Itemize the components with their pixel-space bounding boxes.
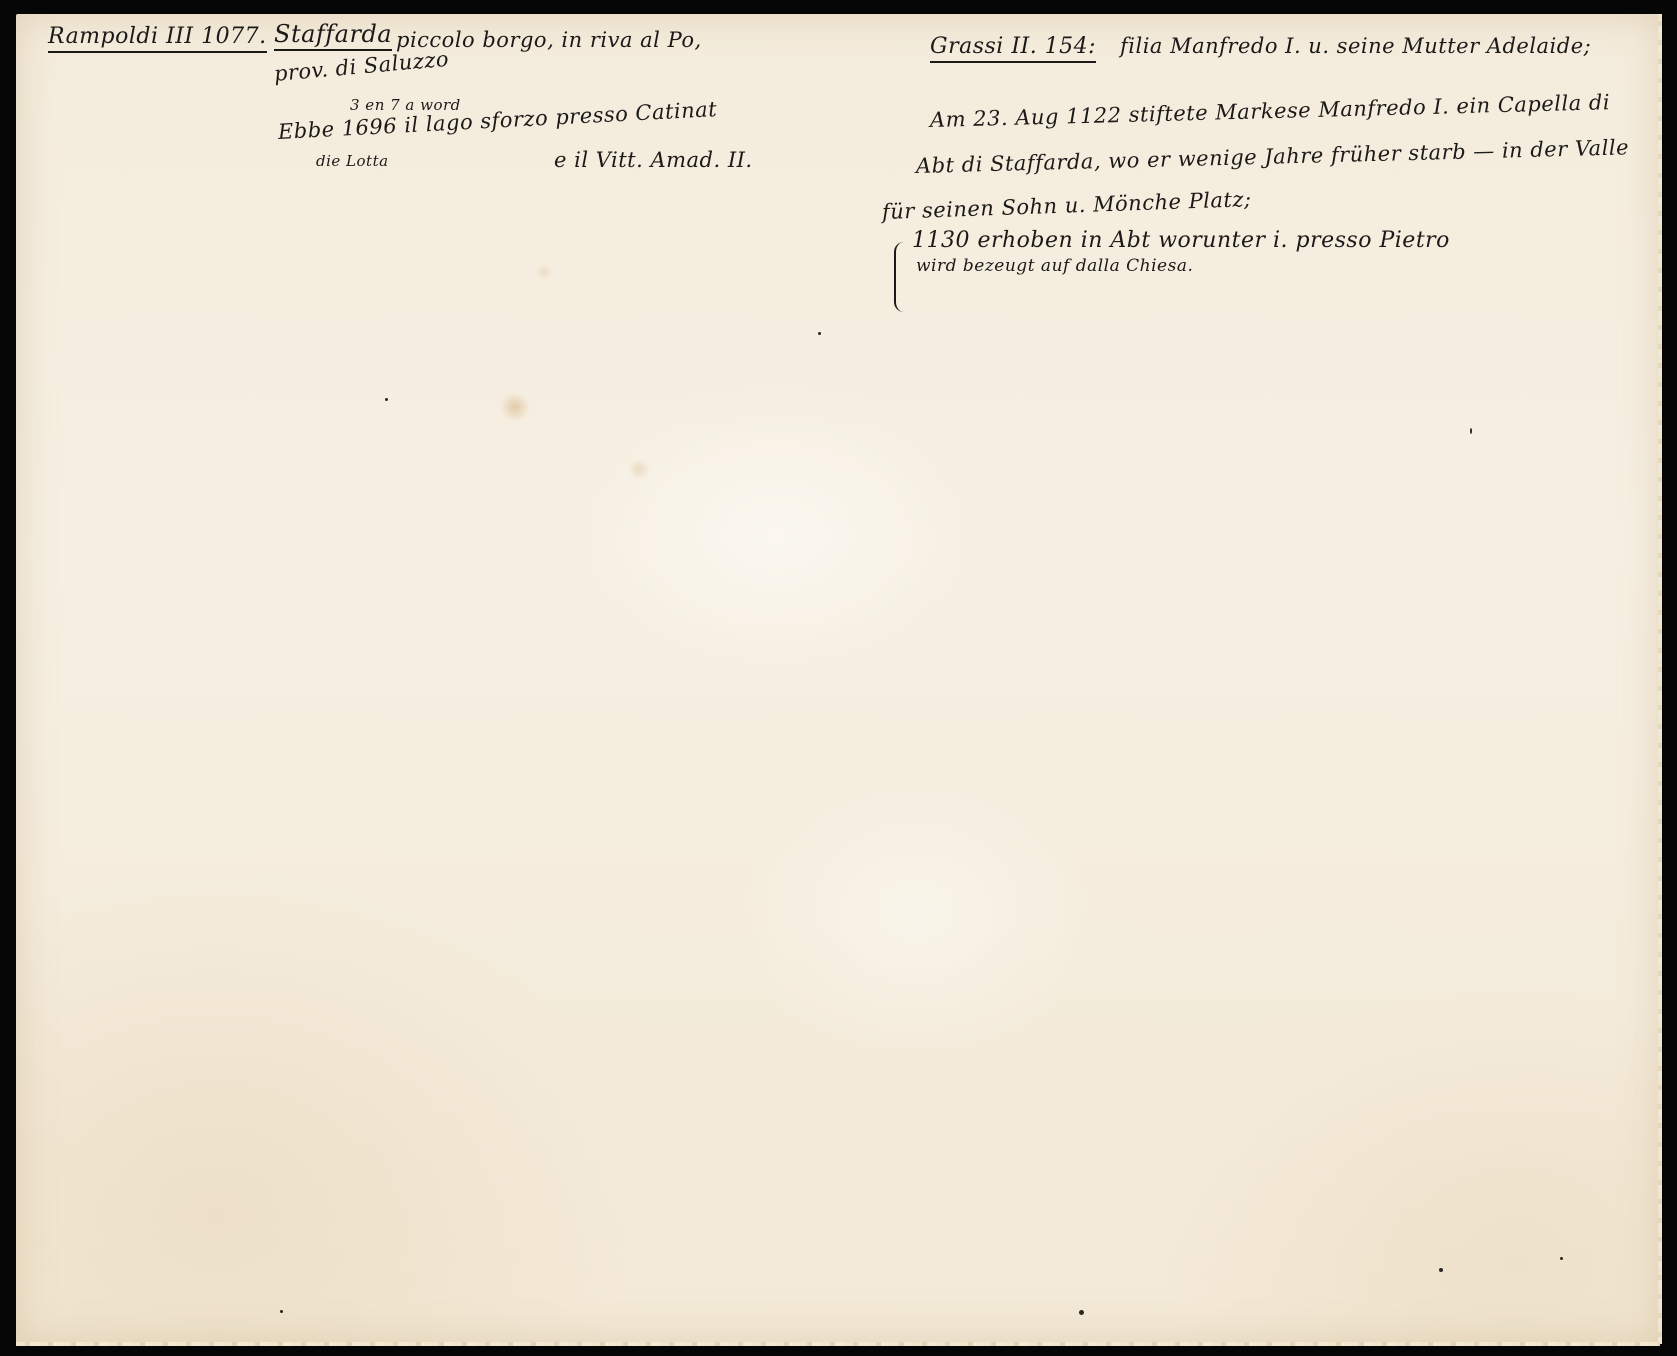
- right-line-5: 1130 erhoben in Abt worunter i. presso P…: [912, 230, 1450, 255]
- foxing-stain: [500, 392, 530, 422]
- right-line-1: filia Manfredo I. u. seine Mutter Adelai…: [1120, 36, 1591, 57]
- manuscript-page: Rampoldi III 1077. Staffarda piccolo bor…: [16, 14, 1660, 1344]
- ink-speck: [280, 1310, 283, 1313]
- ink-speck: [1439, 1268, 1443, 1272]
- left-line-4-subscript: die Lotta: [316, 154, 389, 169]
- ink-speck: [1470, 428, 1472, 434]
- ink-speck: [818, 332, 821, 335]
- heading-staffarda: Staffarda: [274, 22, 392, 51]
- ink-speck: [1079, 1310, 1084, 1315]
- right-line-3: Abt di Staffarda, wo er wenige Jahre frü…: [916, 137, 1630, 177]
- foxing-stain: [536, 264, 552, 280]
- left-line-4: Ebbe 1696 il lago sforzo presso Catinat: [277, 99, 717, 143]
- ink-speck: [1560, 1257, 1563, 1260]
- reference-grassi: Grassi II. 154:: [930, 36, 1096, 63]
- right-line-4: für seinen Sohn u. Mönche Platz;: [882, 189, 1252, 223]
- curly-brace: [894, 242, 910, 312]
- reference-rampoldi: Rampoldi III 1077.: [48, 26, 267, 53]
- foxing-stain: [628, 458, 650, 480]
- right-line-2: Am 23. Aug 1122 stiftete Markese Manfred…: [930, 92, 1611, 131]
- left-line-2: prov. di Saluzzo: [273, 49, 450, 85]
- torn-right-edge: [1658, 14, 1662, 1344]
- ink-speck: [385, 398, 388, 401]
- torn-bottom-edge: [16, 1342, 1660, 1346]
- right-line-6: wird bezeugt auf dalla Chiesa.: [916, 258, 1193, 275]
- left-line-5: e il Vitt. Amad. II.: [554, 150, 753, 171]
